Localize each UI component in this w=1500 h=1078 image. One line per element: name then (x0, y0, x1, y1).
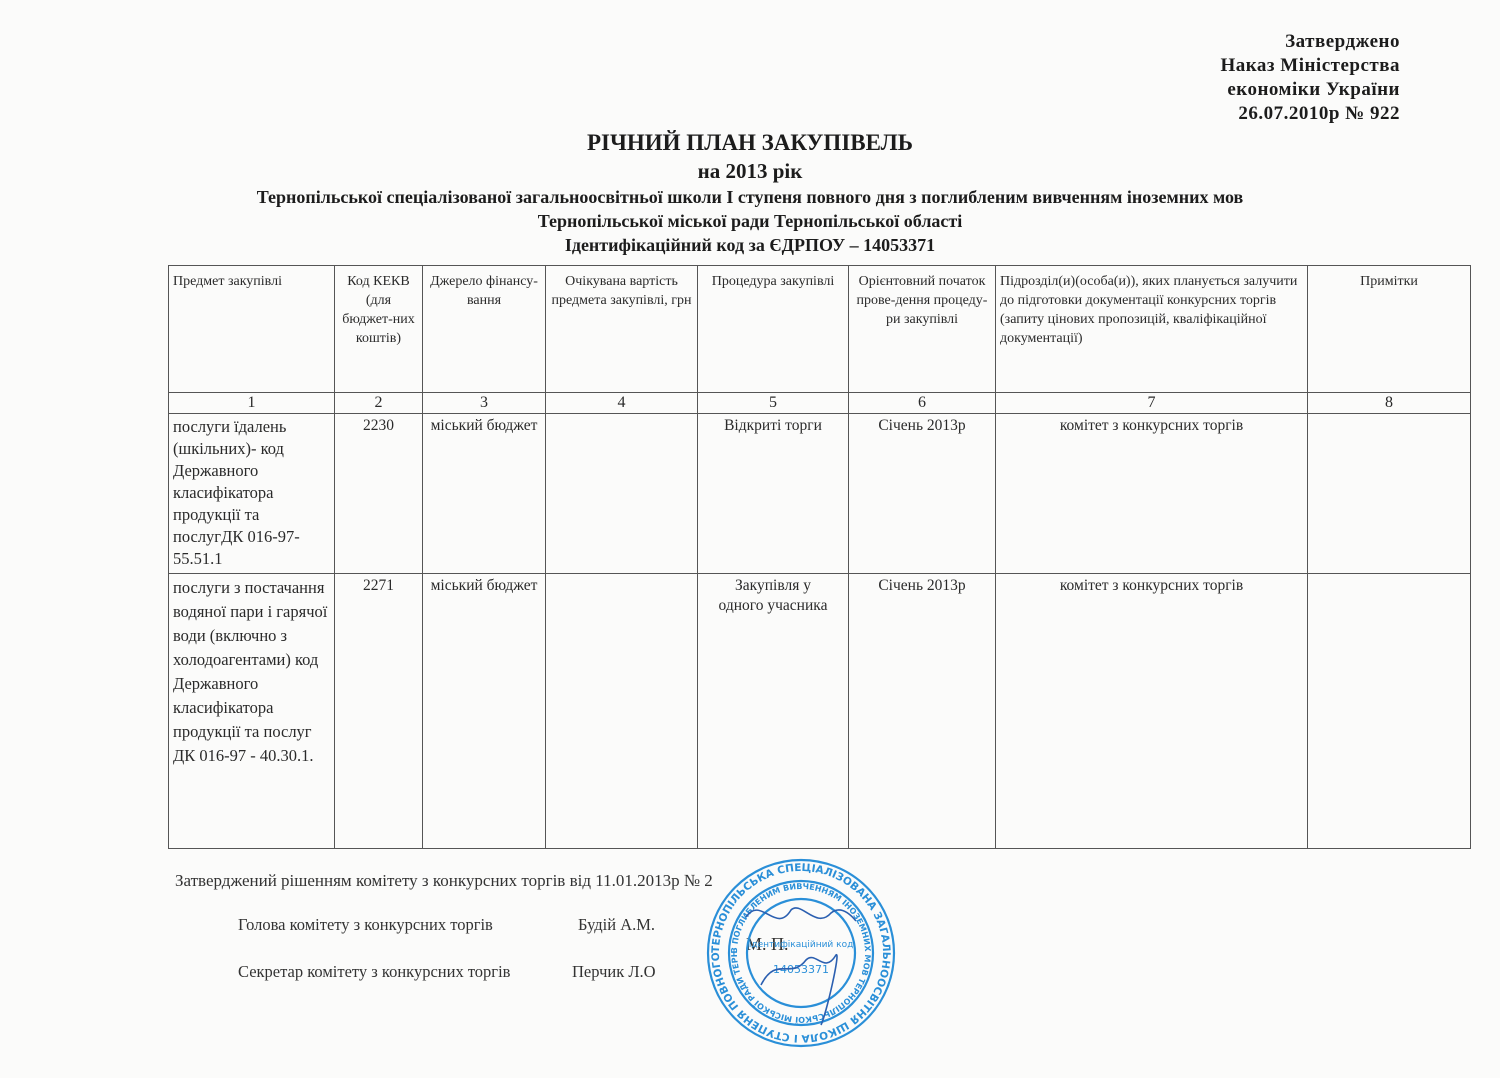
cell-subject: послуги їдалень (шкільних)- код Державно… (169, 414, 335, 574)
cell-responsible: комітет з конкурсних торгів (996, 574, 1308, 849)
header-notes: Примітки (1308, 266, 1471, 393)
organization-name: Тернопільської спеціалізованої загальноо… (0, 185, 1500, 209)
column-number: 6 (849, 393, 996, 414)
document-title-block: РІЧНИЙ ПЛАН ЗАКУПІВЕЛЬ на 2013 рік Терно… (0, 128, 1500, 257)
table-row: послуги з постачання водяної пари і гаря… (169, 574, 1471, 849)
column-number: 3 (423, 393, 546, 414)
approval-block: Затверджено Наказ Міністерства економіки… (1220, 30, 1400, 126)
organization-parent: Тернопільської міської ради Тернопільськ… (0, 209, 1500, 233)
header-kekv: Код КЕКВ (для бюджет-них коштів) (335, 266, 423, 393)
organization-code: Ідентифікаційний код за ЄДРПОУ – 1405337… (0, 233, 1500, 257)
chair-name: Будій А.М. (578, 915, 655, 935)
table-header-row: Предмет закупівлі Код КЕКВ (для бюджет-н… (169, 266, 1471, 393)
cell-cost (546, 414, 698, 574)
cell-subject: послуги з постачання водяної пари і гаря… (169, 574, 335, 849)
column-number: 1 (169, 393, 335, 414)
column-number: 4 (546, 393, 698, 414)
approval-line: 26.07.2010р № 922 (1220, 102, 1400, 126)
cell-notes (1308, 574, 1471, 849)
document-title: РІЧНИЙ ПЛАН ЗАКУПІВЕЛЬ (0, 128, 1500, 158)
header-source: Джерело фінансу-вання (423, 266, 546, 393)
secretary-name: Перчик Л.О (572, 962, 656, 982)
header-responsible: Підрозділ(и)(особа(и)), яких планується … (996, 266, 1308, 393)
cell-procedure: Відкриті торги (698, 414, 849, 574)
table-row: послуги їдалень (шкільних)- код Державно… (169, 414, 1471, 574)
cell-start: Січень 2013р (849, 574, 996, 849)
header-start: Орієнтовний початок прове-дення процеду-… (849, 266, 996, 393)
secretary-label: Секретар комітету з конкурсних торгів (238, 962, 510, 982)
approval-line: Затверджено (1220, 30, 1400, 54)
stamp-center-label: Ідентифікаційний код (749, 940, 854, 950)
cell-source: міський бюджет (423, 574, 546, 849)
procurement-plan-table: Предмет закупівлі Код КЕКВ (для бюджет-н… (168, 265, 1471, 849)
header-procedure: Процедура закупівлі (698, 266, 849, 393)
approval-line: Наказ Міністерства (1220, 54, 1400, 78)
column-number-row: 1 2 3 4 5 6 7 8 (169, 393, 1471, 414)
official-stamp-icon: ТЕРНОПІЛЬСЬКА СПЕЦІАЛІЗОВАНА ЗАГАЛЬНООСВ… (706, 855, 896, 1051)
cell-start: Січень 2013р (849, 414, 996, 574)
approval-note: Затверджений рішенням комітету з конкурс… (175, 870, 713, 892)
cell-kekv: 2230 (335, 414, 423, 574)
column-number: 2 (335, 393, 423, 414)
cell-procedure: Закупівля у одного учасника (698, 574, 849, 849)
chair-label: Голова комітету з конкурсних торгів (238, 915, 493, 935)
cell-cost (546, 574, 698, 849)
document-year: на 2013 рік (0, 158, 1500, 185)
approval-line: економіки України (1220, 78, 1400, 102)
cell-notes (1308, 414, 1471, 574)
cell-kekv: 2271 (335, 574, 423, 849)
column-number: 8 (1308, 393, 1471, 414)
cell-source: міський бюджет (423, 414, 546, 574)
header-cost: Очікувана вартість предмета закупівлі, г… (546, 266, 698, 393)
cell-responsible: комітет з конкурсних торгів (996, 414, 1308, 574)
column-number: 5 (698, 393, 849, 414)
column-number: 7 (996, 393, 1308, 414)
header-subject: Предмет закупівлі (169, 266, 335, 393)
